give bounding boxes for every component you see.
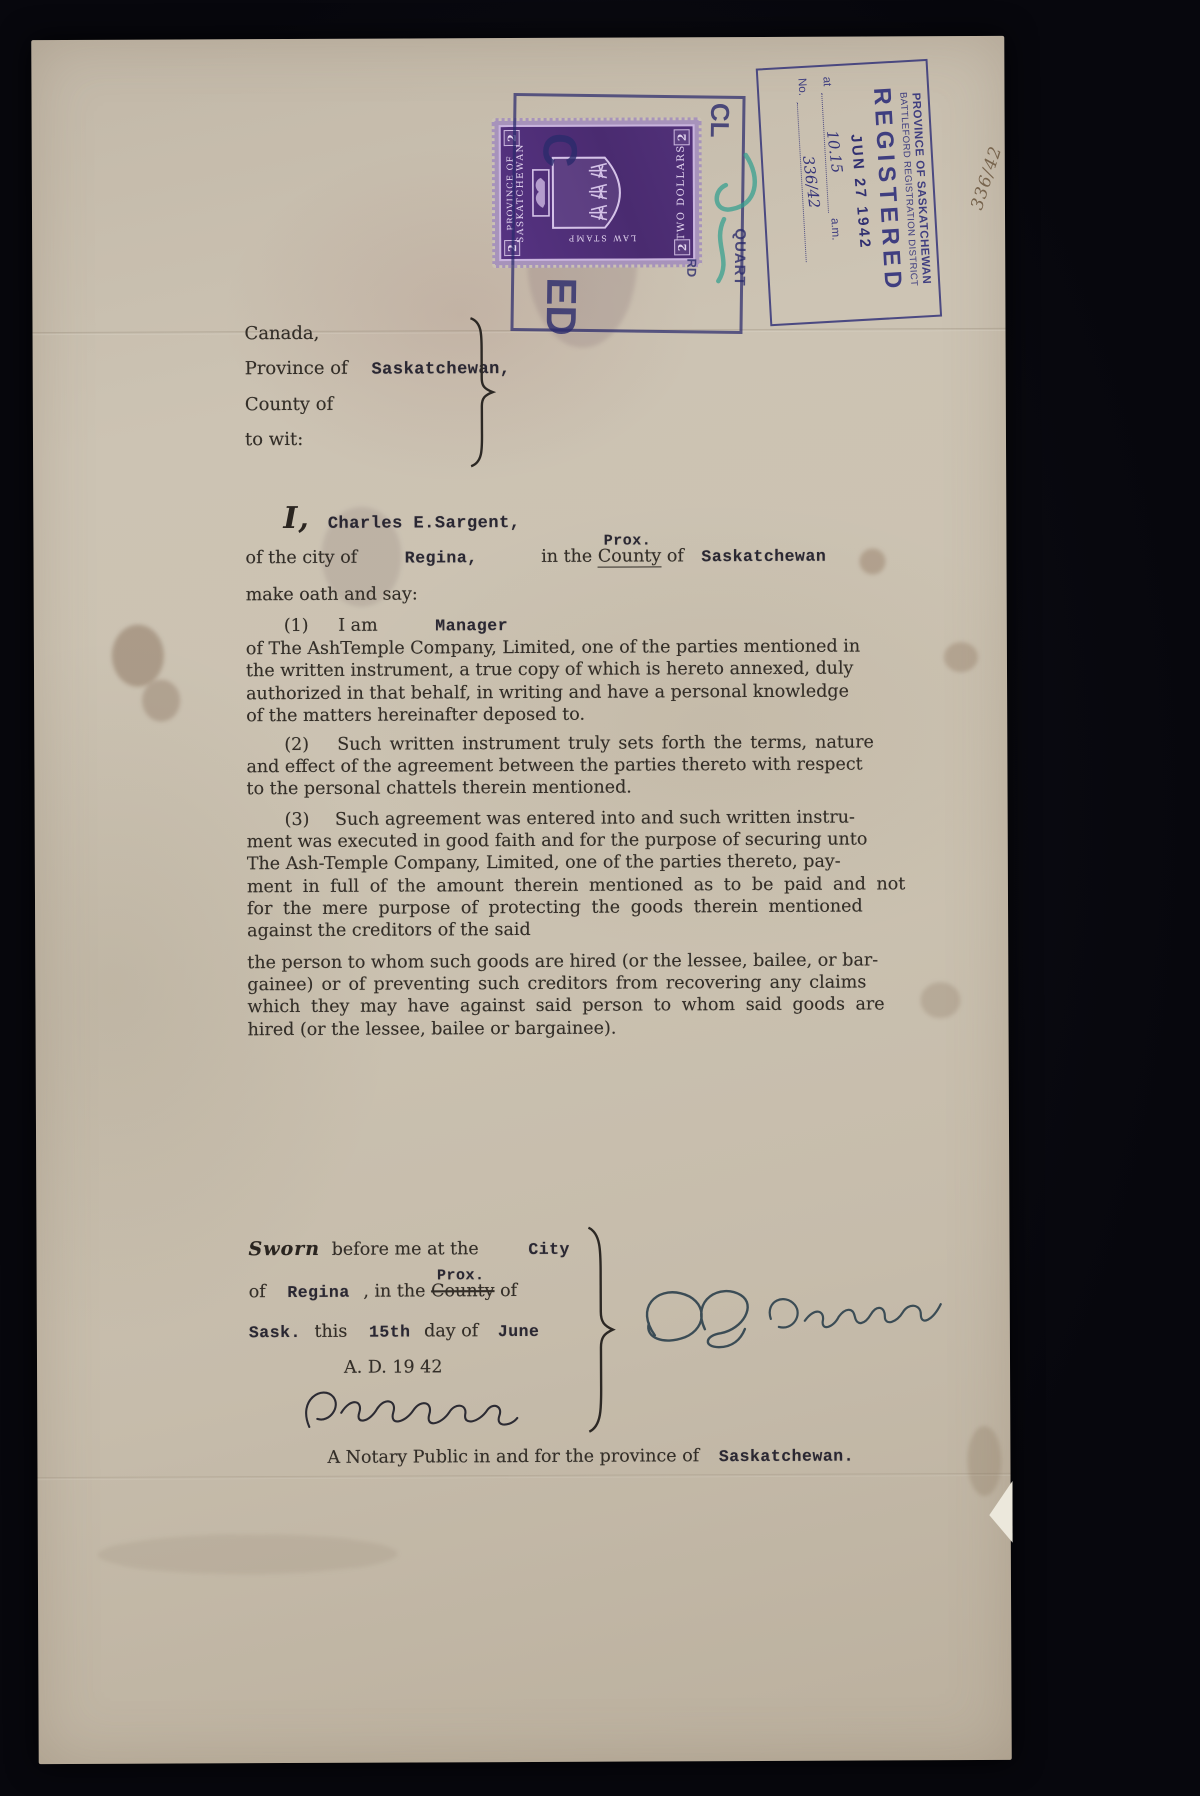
para1-line: the written instrument, a true copy of w…	[246, 658, 806, 683]
residence-of: of	[667, 546, 684, 566]
jurat-city-typed: Regina	[287, 1283, 350, 1302]
cancel-fragment: C	[531, 132, 586, 167]
para3-line: ment was executed in good faith and for …	[247, 829, 807, 854]
para4-line: hired (or the lessee, bailee or bargaine…	[248, 1016, 808, 1041]
notary-province-typed: Saskatchewan.	[719, 1447, 854, 1467]
jurat-prov-abbr-typed: Sask.	[249, 1323, 301, 1342]
para1-role-typed: Manager	[435, 616, 508, 635]
residence-city-typed: Regina,	[405, 548, 478, 567]
fold-crease-bottom	[38, 1473, 1011, 1480]
jurat-ad-line: A. D. 19 42	[344, 1356, 443, 1379]
para3-line: Such agreement was entered into and such…	[335, 808, 855, 830]
residence-pre: of the city of	[245, 548, 357, 568]
registered-at-label: at	[820, 76, 833, 86]
jurat-of2: of	[500, 1281, 517, 1301]
para1-number: (1)	[284, 616, 309, 636]
jurat-prox-typed: Prox.	[437, 1265, 485, 1287]
opening-line: I, Charles E.Sargent,	[245, 500, 520, 536]
deponent-name-typed: Charles E.Sargent,	[328, 514, 521, 534]
deponent-signature-name: C E Sargent	[944, 1276, 945, 1277]
prox-note-typed: Prox.	[604, 530, 652, 552]
stain	[142, 679, 180, 721]
registered-no-label: No.	[795, 78, 808, 97]
registered-stamp: PROVINCE OF SASKATCHEWAN BATTLEFORD REGI…	[756, 59, 942, 326]
para3-line: for the mere purpose of protecting the g…	[247, 896, 807, 921]
stain	[98, 1534, 398, 1575]
stain	[859, 548, 885, 574]
notary-signature-name: J.D.Findlay.	[249, 1261, 250, 1262]
para1-lead: I am	[338, 616, 378, 636]
jurat-day-typed: 15th	[369, 1322, 411, 1341]
cancel-fragment: ED	[537, 277, 586, 336]
para4-line: the person to whom such goods are hired …	[247, 950, 807, 975]
sworn-word: Sworn	[248, 1238, 320, 1260]
stain	[967, 1426, 1001, 1496]
jurat-day-of: day of	[424, 1321, 478, 1341]
para3-line: The Ash-Temple Company, Limited, one of …	[247, 851, 807, 876]
photo-background: PROVINCE OF SASKATCHEWAN LAW STAMP TWO D…	[0, 0, 1200, 1796]
opening-initial: I,	[283, 501, 310, 536]
paragraph-2: (2) Such written instrument truly sets f…	[246, 732, 806, 801]
para3-number: (3)	[285, 810, 310, 830]
paragraph-4: the person to whom such goods are hired …	[247, 950, 807, 1041]
stain	[944, 642, 978, 672]
jurisdiction-brace	[466, 316, 497, 468]
registered-am-label: a.m.	[828, 218, 841, 241]
oath-line: make oath and say:	[246, 583, 418, 606]
jurat-of: of	[249, 1282, 266, 1302]
residence-line: of the city of Regina, in the Prox. Coun…	[245, 545, 826, 571]
para2-line: and effect of the agreement between the …	[246, 754, 806, 779]
notary-signature	[287, 1378, 522, 1441]
stain	[112, 625, 164, 687]
paragraph-3: (3) Such agreement was entered into and …	[247, 807, 808, 943]
residence-in-the: in the	[541, 547, 592, 567]
jurat-this: this	[314, 1322, 347, 1342]
registered-number-handwritten: 336/42	[799, 154, 824, 209]
deponent-signature: C E Sargent	[609, 1276, 944, 1374]
para3-line: ment in full of the amount therein menti…	[247, 873, 807, 898]
document-paper: PROVINCE OF SASKATCHEWAN LAW STAMP TWO D…	[31, 36, 1012, 1764]
jurat-in-the: , in the	[363, 1281, 425, 1301]
sworn-before: before me at the	[332, 1239, 479, 1260]
pencil-annotation: 336/42	[967, 144, 1006, 213]
para1-line: of The AshTemple Company, Limited, one o…	[246, 636, 806, 661]
jurisdiction-province-label: Province of	[245, 358, 348, 379]
para4-line: which they may have against said person …	[247, 994, 807, 1019]
para1-line: of the matters hereinafter deposed to.	[246, 703, 806, 728]
cancel-fragment: CL	[704, 103, 735, 138]
para2-number: (2)	[284, 735, 309, 755]
para1-line: authorized in that behalf, in writing an…	[246, 680, 806, 705]
deponent-signature-ink	[609, 1276, 944, 1369]
residence-province-typed: Saskatchewan	[701, 547, 826, 567]
jurat-month-typed: June	[498, 1322, 540, 1341]
notary-title: A Notary Public in and for the province …	[327, 1446, 699, 1468]
stain	[920, 982, 960, 1018]
paragraph-1: (1) I am Manager of The AshTemple Compan…	[246, 613, 806, 727]
registered-time-handwritten: 10.15	[823, 129, 846, 174]
para3-line: against the creditors of the said	[247, 918, 807, 943]
para2-line: to the personal chattels therein mention…	[246, 776, 806, 801]
jurat-place-typed: City	[528, 1240, 570, 1259]
para4-line: gainee) or of preventing such creditors …	[247, 972, 807, 997]
para2-line: Such written instrument truly sets forth…	[337, 732, 874, 754]
